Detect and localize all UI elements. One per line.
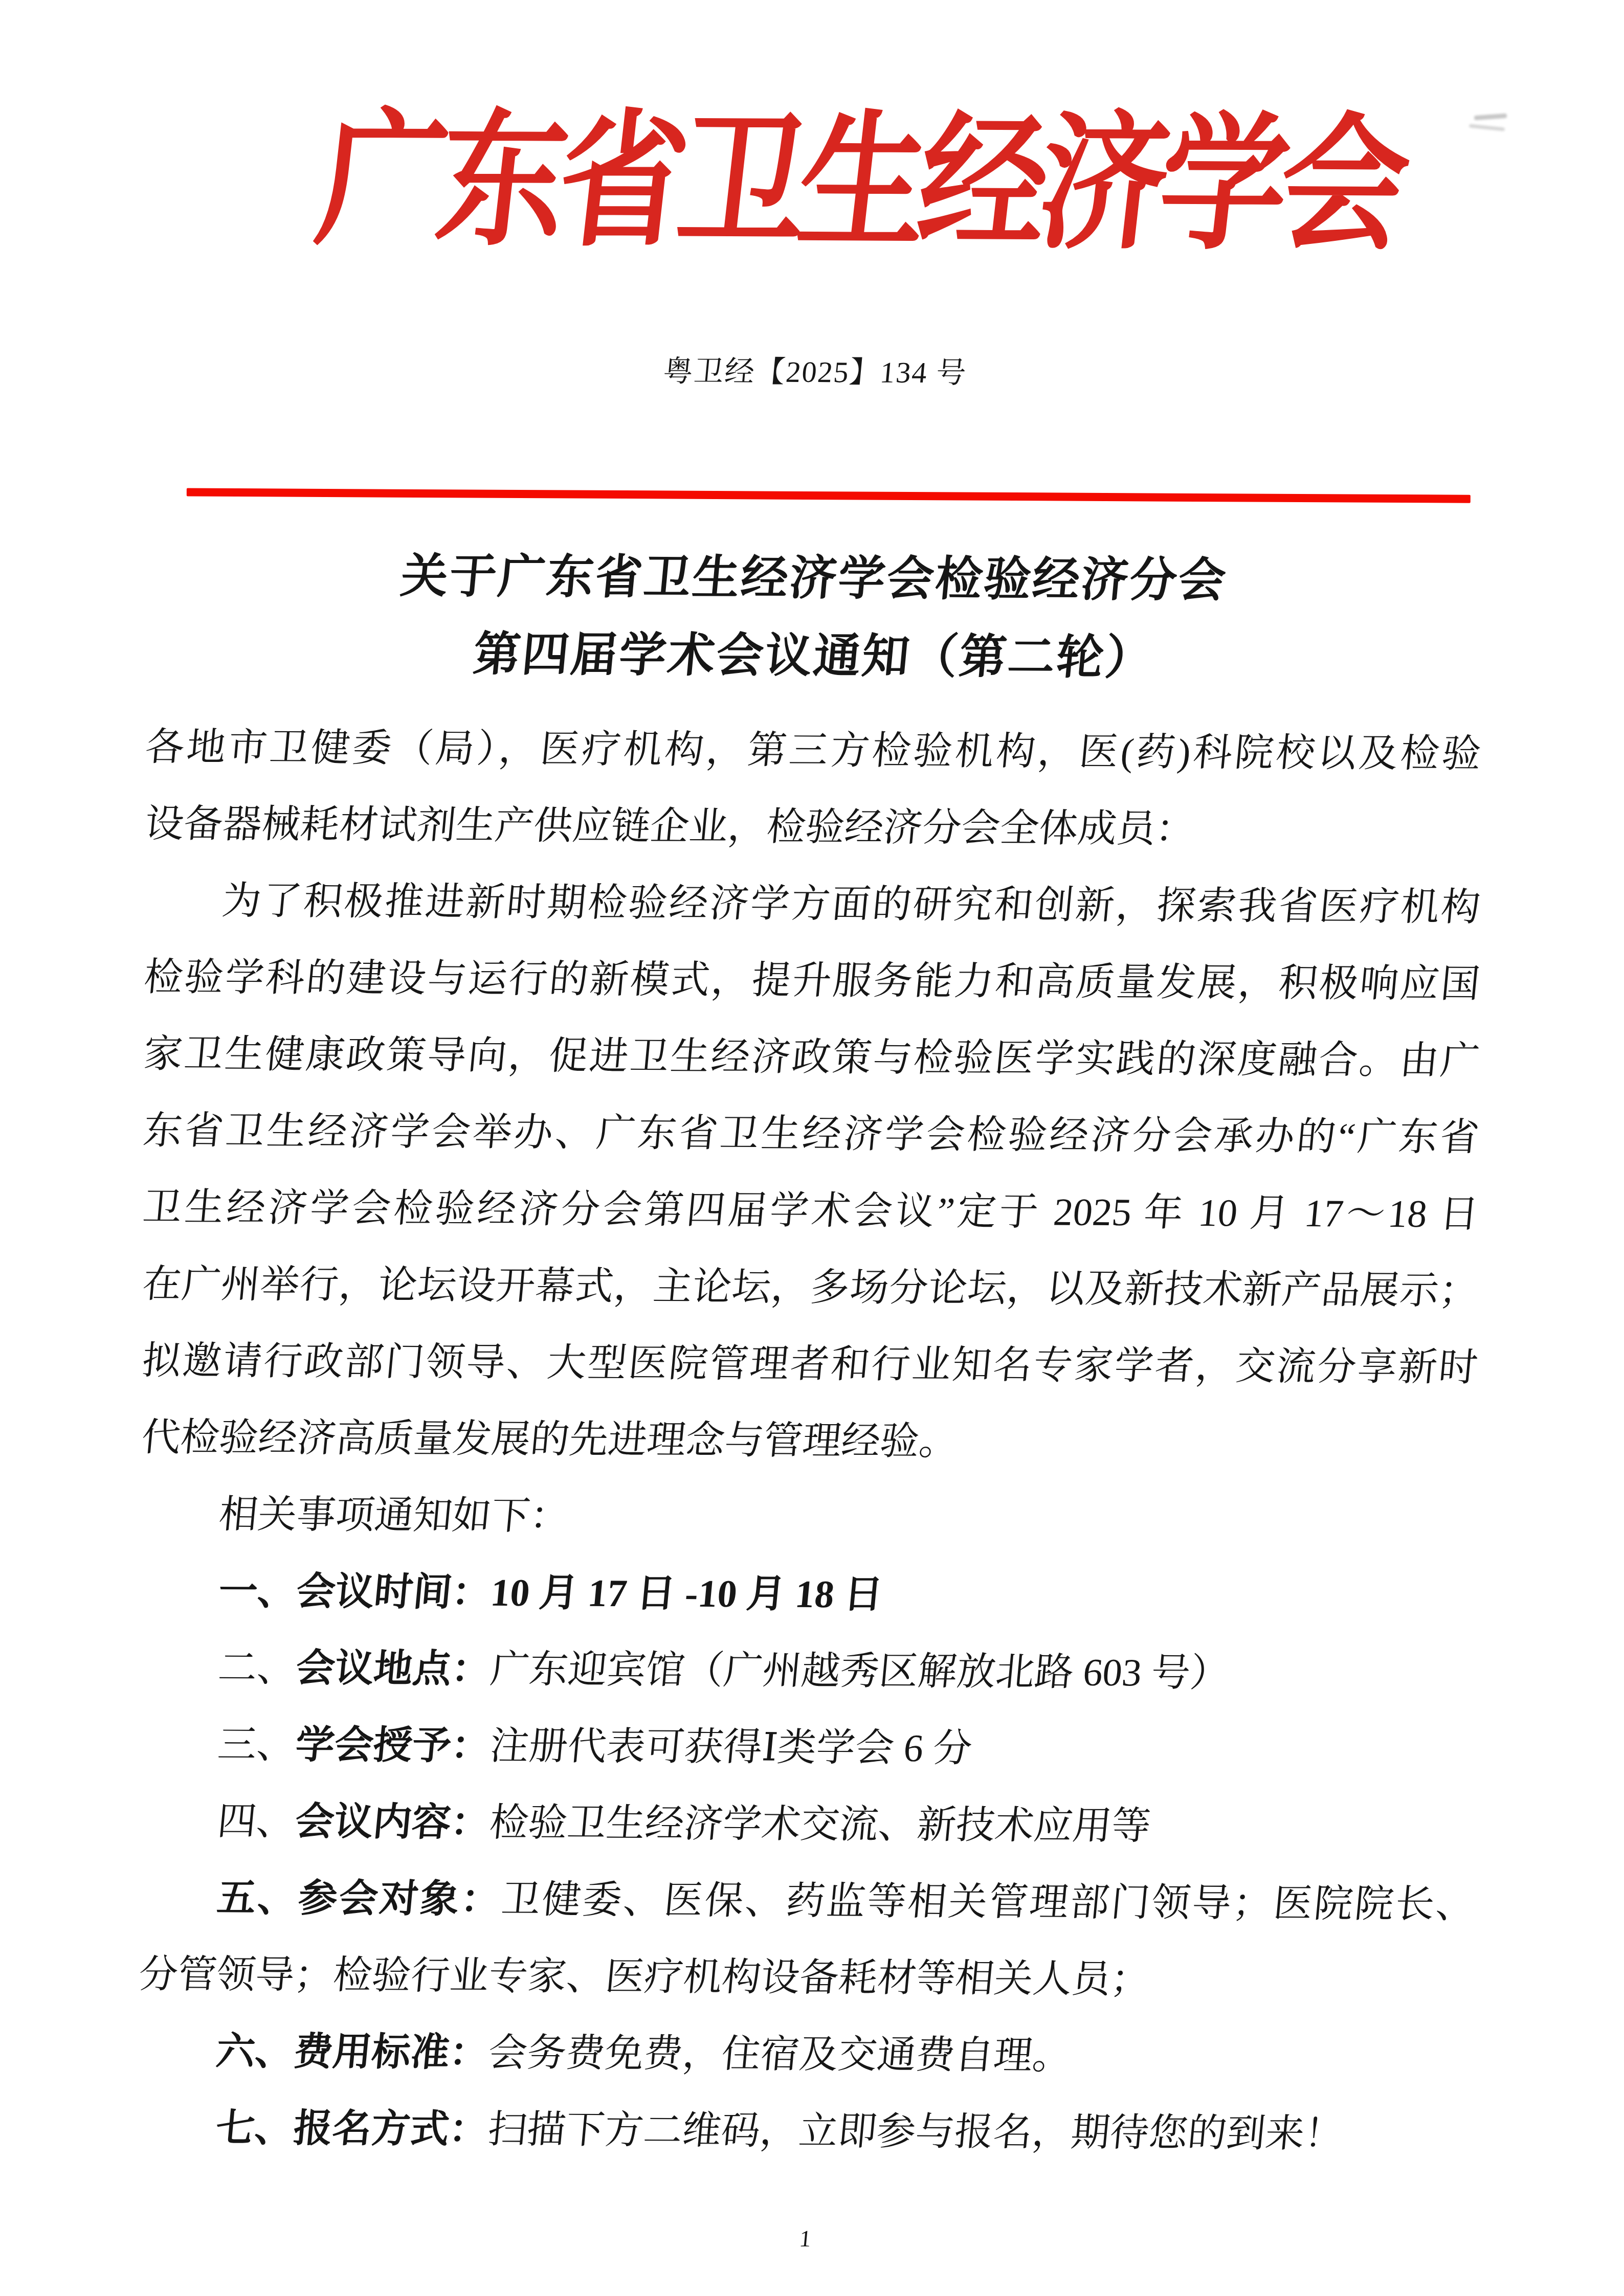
item-4-value: 检验卫生经济学术交流、新技术应用等 xyxy=(487,1802,1152,1848)
salutation-line-1: 各地市卫健委（局），医疗机构，第三方检验机构，医(药)科院校以及检验 xyxy=(142,709,1484,793)
item-7-number: 七、 xyxy=(214,2107,296,2150)
followup-line: 相关事项通知如下： xyxy=(138,1476,1480,1560)
body-paragraph-line-8: 代检验经济高质量发展的先进理念与管理经验。 xyxy=(138,1399,1481,1483)
item-6-value: 会务费免费，住宿及交通费自理。 xyxy=(486,2032,1074,2078)
item-6-number: 六、 xyxy=(214,2030,296,2074)
body-paragraph-line-2: 检验学科的建设与运行的新模式，提升服务能力和高质量发展，积极响应国 xyxy=(141,939,1483,1023)
item-6-label: 费用标准： xyxy=(292,2031,491,2075)
letterhead-title: 广东省卫生经济学会 xyxy=(309,96,1410,272)
document-number: 粤卫经【2025】134 号 xyxy=(1,348,1624,397)
notice-body: 各地市卫健委（局），医疗机构，第三方检验机构，医(药)科院校以及检验 设备器械耗… xyxy=(138,709,1481,2173)
item-2-label: 会议地点： xyxy=(294,1647,493,1691)
body-paragraph-line-3: 家卫生健康政策导向，促进卫生经济政策与检验医学实践的深度融合。由广 xyxy=(140,1016,1483,1099)
page-number: 1 xyxy=(0,2219,1619,2259)
item-2-number: 二、 xyxy=(216,1647,298,1690)
item-4-number: 四、 xyxy=(215,1800,297,1843)
item-3-value: 注册代表可获得Ⅰ类学会 6 分 xyxy=(488,1725,974,1770)
item-3-number: 三、 xyxy=(216,1723,298,1767)
notice-item-3: 三、学会授予：注册代表可获得Ⅰ类学会 6 分 xyxy=(137,1706,1479,1790)
notice-item-6: 六、费用标准：会务费免费，住宿及交通费自理。 xyxy=(135,2013,1478,2097)
item-5-label: 参会对象： xyxy=(296,1877,503,1921)
item-1-number: 一、 xyxy=(217,1570,299,1613)
red-divider-rule xyxy=(187,488,1471,503)
letterhead: 广东省卫生经济学会 xyxy=(91,106,1624,303)
notice-title-line-1: 关于广东省卫生经济学会检验经济分会 xyxy=(0,535,1624,622)
notice-item-4: 四、会议内容：检验卫生经济学术交流、新技术应用等 xyxy=(136,1783,1479,1866)
body-paragraph-line-4: 东省卫生经济学会举办、广东省卫生经济学会检验经济分会承办的“广东省 xyxy=(140,1092,1482,1176)
item-7-label: 报名方式： xyxy=(292,2107,490,2151)
notice-title-line-2: 第四届学术会议通知（第二轮） xyxy=(0,613,1624,700)
body-paragraph-line-6: 在广州举行，论坛设开幕式，主论坛，多场分论坛，以及新技术新产品展示； xyxy=(139,1246,1482,1330)
notice-item-2: 二、会议地点：广东迎宾馆（广州越秀区解放北路 603 号） xyxy=(137,1629,1480,1713)
scanned-sheet: 广东省卫生经济学会 粤卫经【2025】134 号 关于广东省卫生经济学会检验经济… xyxy=(0,106,1624,2259)
body-paragraph-line-7: 拟邀请行政部门领导、大型医院管理者和行业知名专家学者，交流分享新时 xyxy=(139,1322,1481,1406)
item-2-value: 广东迎宾馆（广州越秀区解放北路 603 号） xyxy=(488,1648,1231,1695)
body-paragraph-line-5: 卫生经济学会检验经济分会第四届学术会议”定于 2025 年 10 月 17～18… xyxy=(140,1169,1482,1253)
item-7-value: 扫描下方二维码，立即参与报名，期待您的到来！ xyxy=(486,2108,1345,2156)
item-1-value: 10 月 17 日 -10 月 18 日 xyxy=(489,1571,885,1616)
notice-item-1: 一、会议时间：10 月 17 日 -10 月 18 日 xyxy=(138,1552,1480,1636)
notice-title: 关于广东省卫生经济学会检验经济分会 第四届学术会议通知（第二轮） xyxy=(2,535,1624,700)
salutation-line-2: 设备器械耗材试剂生产供应链企业，检验经济分会全体成员： xyxy=(141,785,1484,869)
body-paragraph-line-1: 为了积极推进新时期检验经济学方面的研究和创新，探索我省医疗机构 xyxy=(141,862,1484,946)
document-page: 广东省卫生经济学会 粤卫经【2025】134 号 关于广东省卫生经济学会检验经济… xyxy=(0,0,1624,2296)
item-3-label: 学会授予： xyxy=(294,1724,492,1768)
item-4-label: 会议内容： xyxy=(293,1800,492,1844)
notice-item-7: 七、报名方式：扫描下方二维码，立即参与报名，期待您的到来！ xyxy=(135,2089,1477,2173)
notice-item-5-continuation: 分管领导；检验行业专家、医疗机构设备耗材等相关人员； xyxy=(136,1936,1478,2020)
notice-item-5: 五、参会对象：卫健委、医保、药监等相关管理部门领导；医院院长、 xyxy=(136,1859,1479,1943)
item-1-label: 会议时间： xyxy=(295,1570,493,1614)
item-5-number: 五、 xyxy=(215,1877,301,1920)
item-5-value: 卫健委、医保、药监等相关管理部门领导；医院院长、 xyxy=(500,1878,1477,1926)
